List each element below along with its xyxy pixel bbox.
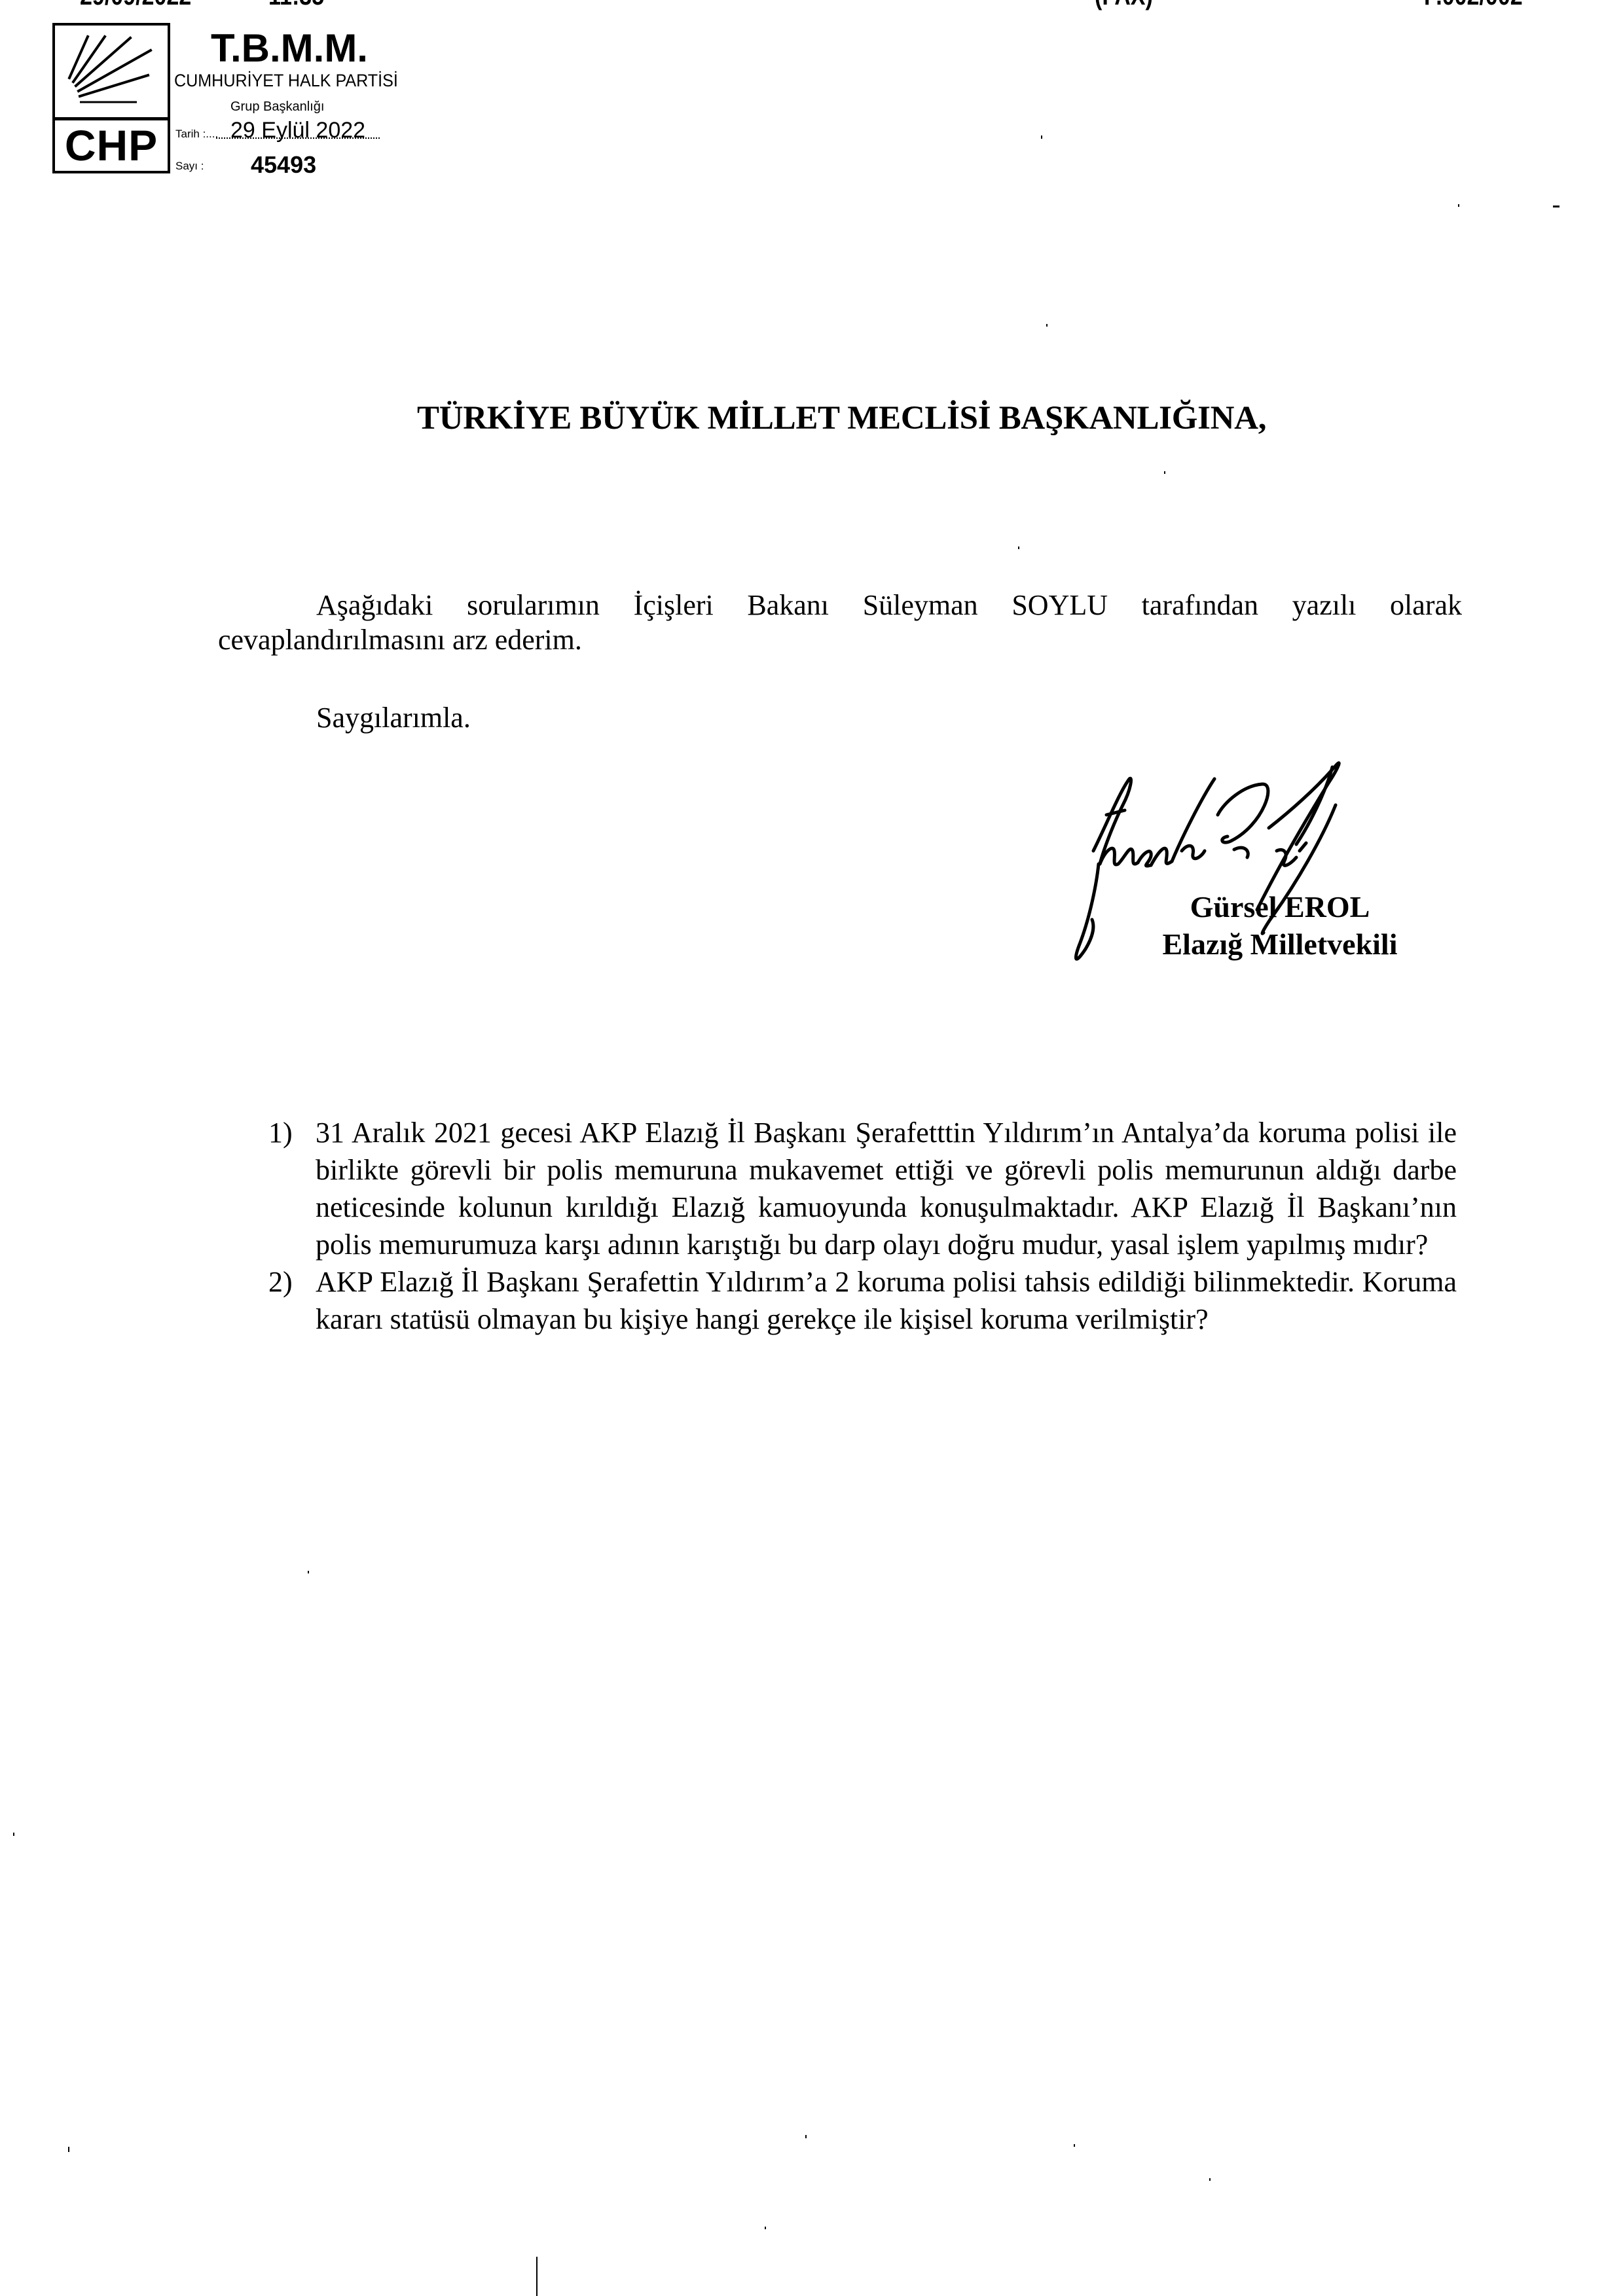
date-label: Tarih :.... (175, 128, 218, 139)
scan-artifact (1458, 204, 1459, 207)
fax-date: 29/09/2022 (80, 0, 191, 9)
institution-name: T.B.M.M. (211, 29, 368, 68)
fax-page-number: P.002/002 (1424, 0, 1523, 9)
greeting: Saygılarımla. (316, 700, 471, 735)
scan-artifact (1074, 2144, 1075, 2147)
question-number: 1) (268, 1114, 293, 1151)
signer-block: Gürsel EROL Elazığ Milletvekili (1139, 888, 1421, 963)
signer-name: Gürsel EROL (1139, 888, 1421, 925)
number-label: Sayı : (175, 160, 204, 171)
scan-artifact (1553, 206, 1559, 207)
scan-artifact (1164, 471, 1165, 474)
document-number: 45493 (251, 153, 316, 177)
question-text: AKP Elazığ İl Başkanı Şerafettin Yıldırı… (316, 1266, 1457, 1335)
question-text: 31 Aralık 2021 gecesi AKP Elazığ İl Başk… (316, 1117, 1457, 1261)
scan-artifact (68, 2147, 69, 2152)
fax-mode: (FAX) (1095, 0, 1153, 9)
scan-artifact (1209, 2178, 1211, 2181)
question-number: 2) (268, 1263, 293, 1300)
intro-paragraph: Aşağıdaki sorularımın İçişleri Bakanı Sü… (218, 588, 1462, 657)
scan-artifact (308, 1571, 309, 1573)
department-name: Grup Başkanlığı (230, 100, 324, 113)
scan-artifact-line (536, 2257, 538, 2296)
chp-logo-text: CHP (55, 120, 168, 171)
scan-artifact (805, 2135, 807, 2138)
party-name: CUMHURİYET HALK PARTİSİ (174, 72, 398, 90)
question-item: 2) AKP Elazığ İl Başkanı Şerafettin Yıld… (268, 1263, 1457, 1338)
scan-artifact (1046, 324, 1048, 327)
question-list: 1) 31 Aralık 2021 gecesi AKP Elazığ İl B… (268, 1114, 1457, 1338)
fax-time: 11:35 (268, 0, 324, 9)
scan-artifact (765, 2227, 766, 2229)
signer-title: Elazığ Milletvekili (1139, 925, 1421, 963)
question-item: 1) 31 Aralık 2021 gecesi AKP Elazığ İl B… (268, 1114, 1457, 1263)
stamp-date: 29 Eylül 2022 (230, 119, 365, 141)
scan-artifact (1041, 135, 1042, 139)
addressee-heading: TÜRKİYE BÜYÜK MİLLET MECLİSİ BAŞKANLIĞIN… (417, 399, 1262, 438)
six-arrows-emblem (55, 26, 168, 120)
chp-logo: CHP (52, 23, 170, 173)
chp-six-arrows-icon (55, 26, 168, 117)
scan-artifact (13, 1833, 14, 1836)
scan-artifact (1018, 547, 1019, 549)
